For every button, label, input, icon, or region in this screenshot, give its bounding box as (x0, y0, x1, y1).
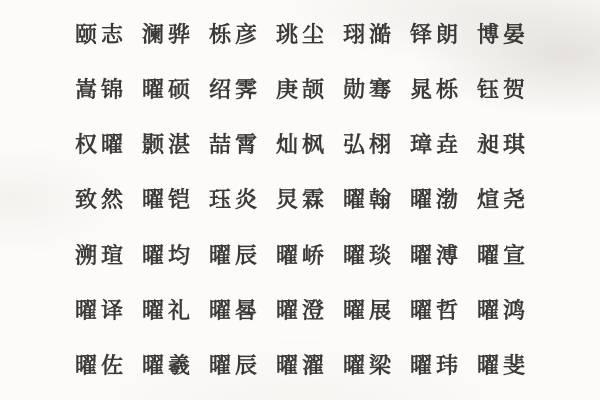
name-item: 博晏 (477, 18, 529, 49)
name-item: 勋骞 (343, 73, 395, 104)
name-item: 曜均 (142, 239, 194, 270)
name-item: 曜玮 (410, 349, 462, 380)
name-row: 溯瑄曜均曜辰曜峤曜琰曜溥曜宣 (0, 227, 600, 282)
name-item: 煊尧 (477, 183, 529, 214)
name-item: 曜晷 (209, 294, 261, 325)
name-item: 喆霄 (209, 128, 261, 159)
name-item: 珧尘 (276, 18, 328, 49)
name-item: 珝澔 (343, 18, 395, 49)
name-item: 曜羲 (142, 349, 194, 380)
name-row: 颐志澜骅栎彦珧尘珝澔铎朗博晏 (0, 6, 600, 61)
name-item: 曜渤 (410, 183, 462, 214)
name-item: 曜琰 (343, 239, 395, 270)
name-item: 曜译 (75, 294, 127, 325)
name-item: 曜翰 (343, 183, 395, 214)
name-item: 权曜 (75, 128, 127, 159)
name-item: 曜濯 (276, 349, 328, 380)
name-item: 曜鸿 (477, 294, 529, 325)
name-grid: 颐志澜骅栎彦珧尘珝澔铎朗博晏嵩锦曜硕绍霁庚颉勋骞晁栎钰贺权曜颢湛喆霄灿枫弘栩璋垚… (0, 0, 600, 400)
name-item: 颐志 (75, 18, 127, 49)
name-item: 晁栎 (410, 73, 462, 104)
name-item: 曜辰 (209, 349, 261, 380)
name-item: 曜辰 (209, 239, 261, 270)
name-item: 曜宣 (477, 239, 529, 270)
name-row: 权曜颢湛喆霄灿枫弘栩璋垚昶琪 (0, 116, 600, 171)
name-item: 曜礼 (142, 294, 194, 325)
name-row: 曜译曜礼曜晷曜澄曜展曜哲曜鸿 (0, 282, 600, 337)
name-item: 曜佐 (75, 349, 127, 380)
name-item: 澜骅 (142, 18, 194, 49)
name-item: 颢湛 (142, 128, 194, 159)
name-item: 弘栩 (343, 128, 395, 159)
name-item: 曜梁 (343, 349, 395, 380)
name-item: 灿枫 (276, 128, 328, 159)
name-item: 璋垚 (410, 128, 462, 159)
name-item: 栎彦 (209, 18, 261, 49)
name-item: 曜哲 (410, 294, 462, 325)
name-item: 钰贺 (477, 73, 529, 104)
name-item: 曜斐 (477, 349, 529, 380)
name-item: 曜铠 (142, 183, 194, 214)
name-item: 绍霁 (209, 73, 261, 104)
name-row: 嵩锦曜硕绍霁庚颉勋骞晁栎钰贺 (0, 61, 600, 116)
name-list-page: 颐志澜骅栎彦珧尘珝澔铎朗博晏嵩锦曜硕绍霁庚颉勋骞晁栎钰贺权曜颢湛喆霄灿枫弘栩璋垚… (0, 0, 600, 400)
name-row: 曜佐曜羲曜辰曜濯曜梁曜玮曜斐 (0, 337, 600, 392)
name-item: 致然 (75, 183, 127, 214)
name-item: 曜溥 (410, 239, 462, 270)
name-item: 曜澄 (276, 294, 328, 325)
name-item: 铎朗 (410, 18, 462, 49)
name-item: 炅霖 (276, 183, 328, 214)
name-item: 曜展 (343, 294, 395, 325)
name-item: 嵩锦 (75, 73, 127, 104)
name-item: 昶琪 (477, 128, 529, 159)
name-item: 珏炎 (209, 183, 261, 214)
name-item: 庚颉 (276, 73, 328, 104)
name-item: 曜峤 (276, 239, 328, 270)
name-row: 致然曜铠珏炎炅霖曜翰曜渤煊尧 (0, 171, 600, 226)
name-item: 溯瑄 (75, 239, 127, 270)
name-item: 曜硕 (142, 73, 194, 104)
